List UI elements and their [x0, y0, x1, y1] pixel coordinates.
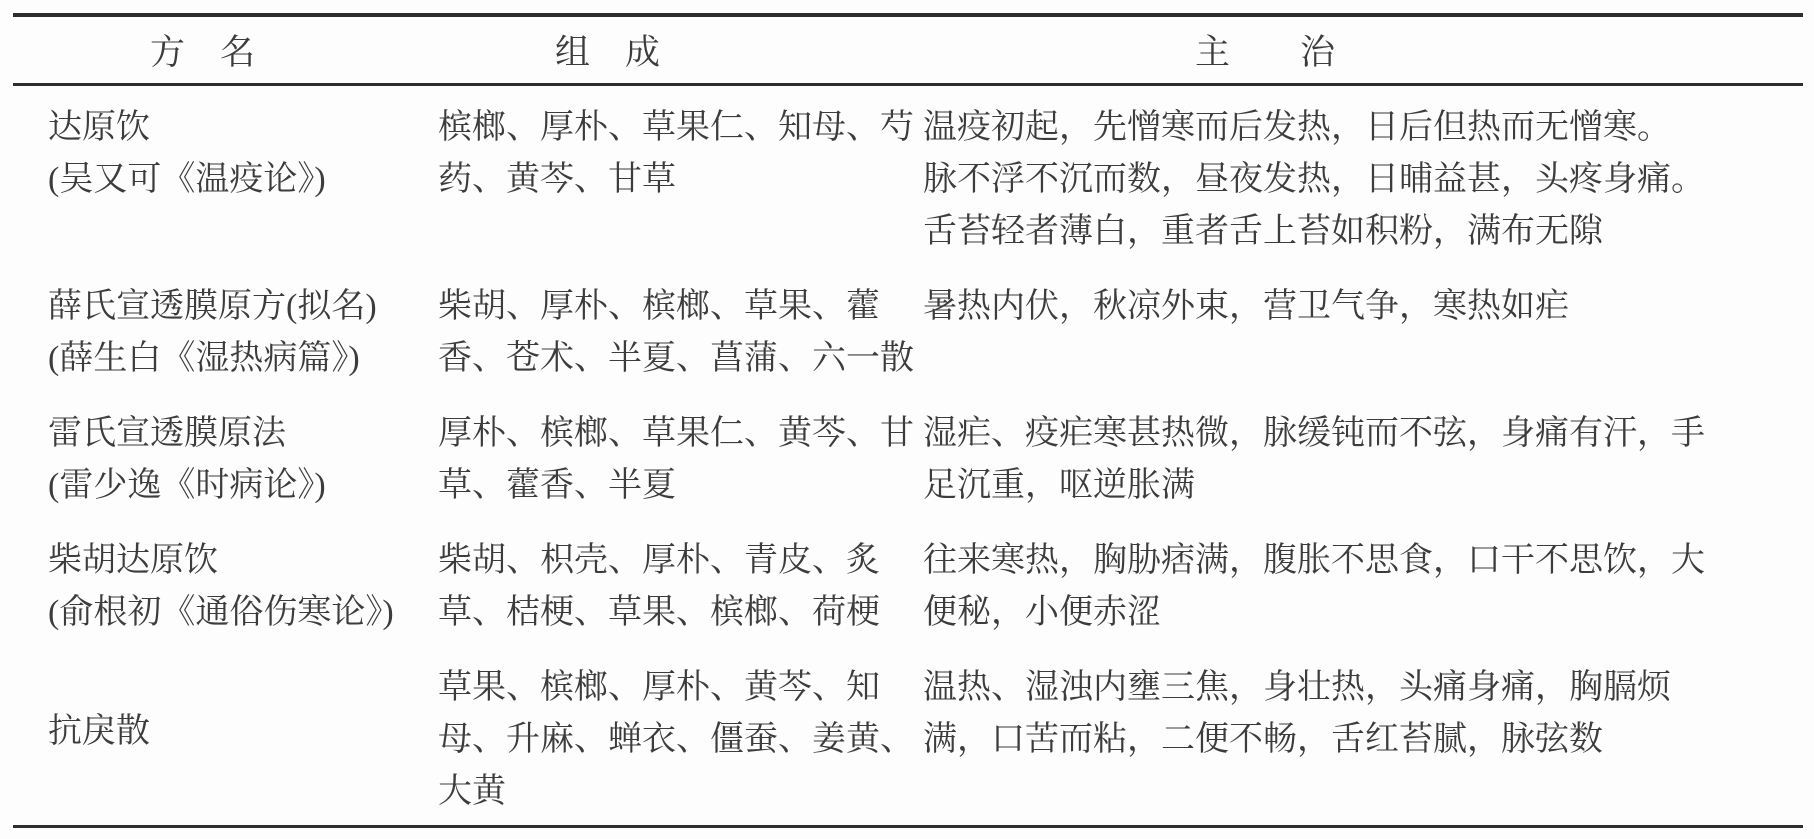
table-row: 薛氏宣透膜原方(拟名) (薛生白《湿热病篇》) 柴胡、厚朴、槟榔、草果、藿 香、…: [13, 265, 1803, 392]
indications-cell: 湿疟、疫疟寒甚热微，脉缓钝而不弦，身痛有汗，手 足沉重，呕逆胀满: [923, 392, 1803, 519]
table-row: 柴胡达原饮 (俞根初《通俗伤寒论》) 柴胡、枳壳、厚朴、青皮、炙 草、桔梗、草果…: [13, 519, 1803, 646]
formula-name-cell: 薛氏宣透膜原方(拟名) (薛生白《湿热病篇》): [13, 265, 438, 392]
composition-cell: 厚朴、槟榔、草果仁、黄芩、甘 草、藿香、半夏: [438, 392, 923, 519]
formulas-table: 方 名 组 成 主 治 达原饮 (吴又可《温疫论》) 槟榔、厚朴、草果仁、知母、…: [13, 13, 1803, 828]
composition-cell: 柴胡、厚朴、槟榔、草果、藿 香、苍术、半夏、菖蒲、六一散: [438, 265, 923, 392]
table-body: 达原饮 (吴又可《温疫论》) 槟榔、厚朴、草果仁、知母、芍 药、黄芩、甘草 温疫…: [13, 85, 1803, 827]
composition-cell: 槟榔、厚朴、草果仁、知母、芍 药、黄芩、甘草: [438, 85, 923, 266]
header-composition: 组 成: [438, 15, 923, 85]
table-row: 抗戾散 草果、槟榔、厚朴、黄芩、知 母、升麻、蝉衣、僵蚕、姜黄、 大黄 温热、湿…: [13, 646, 1803, 827]
page: 方 名 组 成 主 治 达原饮 (吴又可《温疫论》) 槟榔、厚朴、草果仁、知母、…: [0, 0, 1814, 828]
formula-name-cell: 达原饮 (吴又可《温疫论》): [13, 85, 438, 266]
header-formula-name: 方 名: [13, 15, 438, 85]
indications-cell: 暑热内伏，秋凉外束，营卫气争，寒热如疟: [923, 265, 1803, 392]
formula-name-cell: 抗戾散: [13, 646, 438, 827]
header-row: 方 名 组 成 主 治: [13, 15, 1803, 85]
table-row: 雷氏宣透膜原法 (雷少逸《时病论》) 厚朴、槟榔、草果仁、黄芩、甘 草、藿香、半…: [13, 392, 1803, 519]
composition-cell: 柴胡、枳壳、厚朴、青皮、炙 草、桔梗、草果、槟榔、荷梗: [438, 519, 923, 646]
table-header: 方 名 组 成 主 治: [13, 15, 1803, 85]
formula-name-cell: 柴胡达原饮 (俞根初《通俗伤寒论》): [13, 519, 438, 646]
composition-cell: 草果、槟榔、厚朴、黄芩、知 母、升麻、蝉衣、僵蚕、姜黄、 大黄: [438, 646, 923, 827]
indications-cell: 温热、湿浊内壅三焦，身壮热，头痛身痛，胸膈烦 满，口苦而粘，二便不畅，舌红苔腻，…: [923, 646, 1803, 827]
formula-name-cell: 雷氏宣透膜原法 (雷少逸《时病论》): [13, 392, 438, 519]
indications-cell: 往来寒热，胸胁痞满，腹胀不思食，口干不思饮，大 便秘，小便赤涩: [923, 519, 1803, 646]
table-row: 达原饮 (吴又可《温疫论》) 槟榔、厚朴、草果仁、知母、芍 药、黄芩、甘草 温疫…: [13, 85, 1803, 266]
indications-cell: 温疫初起，先憎寒而后发热，日后但热而无憎寒。 脉不浮不沉而数，昼夜发热，日晡益甚…: [923, 85, 1803, 266]
header-indications: 主 治: [923, 15, 1803, 85]
